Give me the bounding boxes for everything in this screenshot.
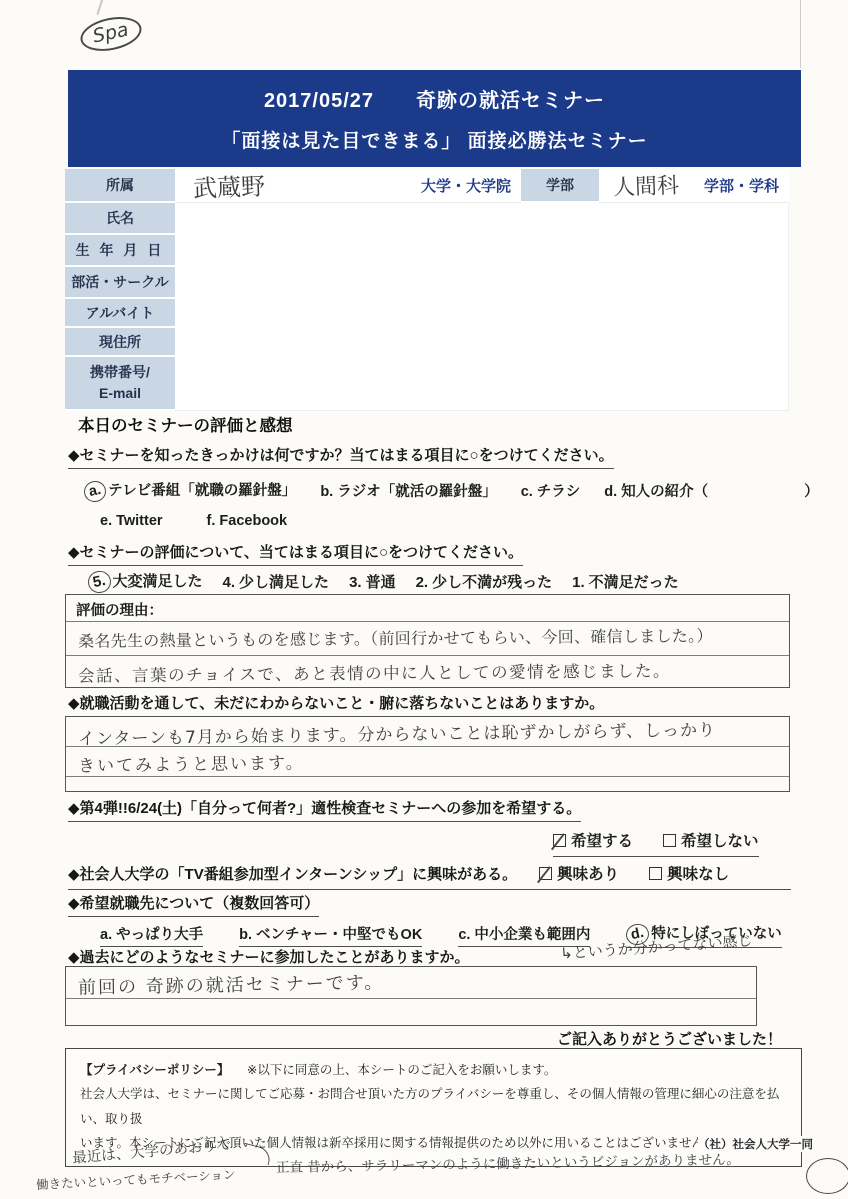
rating-2-label: 少し不満が残った xyxy=(432,574,552,591)
q-next-seminar-heading: ◆第4弾!!6/24(土)「自分って何者?」適性検査セミナーへの参加を希望する。 xyxy=(68,797,581,822)
reason-label-row: 評価の理由： xyxy=(66,595,789,622)
option-f-key: f. xyxy=(207,513,216,529)
internship-yes: 興味あり xyxy=(539,862,619,884)
affiliation-label: 所属 xyxy=(65,169,175,203)
past-empty-row xyxy=(66,999,756,1025)
rating-5: 5.大変満足した xyxy=(88,570,203,593)
past-answer-row: 前回の 奇跡の就活セミナーです。 xyxy=(66,967,756,999)
option-c-label: チラシ xyxy=(537,484,581,500)
footer-handwritten-note2: 働きたいといってもモチベーション xyxy=(36,1165,236,1193)
option-b-key: b. xyxy=(320,484,333,500)
rating-5-label: 大変満足した xyxy=(113,573,203,590)
employer-b: b.ベンチャー・中堅でもOK xyxy=(239,923,422,947)
option-d-key: d. xyxy=(604,484,617,500)
option-f-label: Facebook xyxy=(219,513,287,529)
q-internship-heading: ◆社会人大学の「TV番組参加型インターンシップ」に興味がある。 xyxy=(68,863,517,884)
q-rating-options: 5.大変満足した 4.少し満足した 3.普通 2.少し不満が残った 1.不満足だ… xyxy=(88,570,679,593)
internship-no-label: 興味なし xyxy=(667,866,729,883)
unclear-line1-row: インターンも7月から始まります。分からないことは恥ずかしがらず、しっかり xyxy=(66,717,789,747)
privacy-body-line1: 社会人大学は、セミナーに関してご応募・お問合せ頂いた方のプライバシーを尊重し、そ… xyxy=(80,1082,787,1131)
info-table-blank-area xyxy=(175,203,789,411)
scan-edge-tick xyxy=(96,0,103,15)
reason-handwritten-line1: 桑名先生の熱量というものを感じます。（前回行かせてもらい、今回、確信しました。） xyxy=(78,623,713,652)
option-d: d.知人の紹介（ xyxy=(604,480,708,501)
school-handwritten-value: 武蔵野 xyxy=(174,166,265,204)
past-answer-box: 前回の 奇跡の就活セミナーです。 xyxy=(65,966,757,1026)
phone-email-label: 携帯番号/ E-mail xyxy=(65,357,175,411)
q-source-options-row1: a.テレビ番組「就職の羅針盤」 b.ラジオ「就活の羅針盤」 c.チラシ d.知人… xyxy=(84,479,819,502)
checked-checkbox-icon xyxy=(553,834,566,847)
circled-answer-mark: a. xyxy=(82,479,108,504)
employer-a-label: やっぱり大手 xyxy=(116,927,203,943)
rating-reason-box: 評価の理由： 桑名先生の熱量というものを感じます。（前回行かせてもらい、今回、確… xyxy=(65,594,790,688)
q-unclear-heading: ◆就職活動を通して、未だにわからないこと・腑に落ちないことはありますか。 xyxy=(68,692,604,713)
option-d-paren-close: ） xyxy=(804,480,819,501)
phone-label-line1: 携帯番号/ xyxy=(90,362,150,383)
option-e-key: e. xyxy=(100,513,112,529)
option-b-label: ラジオ「就活の羅針盤」 xyxy=(337,484,497,500)
rating-4-key: 4. xyxy=(223,574,236,591)
unchecked-checkbox-icon xyxy=(663,834,676,847)
faculty-handwritten-value: 人間科 xyxy=(598,169,679,203)
school-suffix-label: 大学・大学院 xyxy=(421,175,521,196)
next-seminar-yes: 希望する xyxy=(553,829,633,851)
next-seminar-yes-label: 希望する xyxy=(571,833,633,850)
name-label: 氏名 xyxy=(65,203,175,235)
option-e-label: Twitter xyxy=(116,513,162,529)
circled-rating-mark: 5. xyxy=(86,569,113,595)
privacy-title-line: 【プライバシーポリシー】 ※以下に同意の上、本シートのご記入をお願いします。 xyxy=(80,1058,787,1082)
option-e: e.Twitter xyxy=(100,513,163,529)
q-source-heading: ◆セミナーを知ったきっかけは何ですか？当てはまる項目に○をつけてください。 xyxy=(68,444,614,469)
past-handwritten-answer: 前回の 奇跡の就活セミナーです。 xyxy=(78,968,385,999)
rating-1-key: 1. xyxy=(572,574,585,591)
scanned-survey-sheet: Spa 2017/05/27 奇跡の就活セミナー 「面接は見た目できまる」 面接… xyxy=(0,0,848,1199)
school-field: 武蔵野 大学・大学院 xyxy=(175,169,521,203)
seminar-header-banner: 2017/05/27 奇跡の就活セミナー 「面接は見た目できまる」 面接必勝法セ… xyxy=(68,70,801,167)
q-rating-heading: ◆セミナーの評価について、当てはまる項目に○をつけてください。 xyxy=(68,541,523,566)
rating-2: 2.少し不満が残った xyxy=(416,571,553,592)
unclear-answer-box: インターンも7月から始まります。分からないことは恥ずかしがらず、しっかり きいて… xyxy=(65,716,790,792)
internship-no: 興味なし xyxy=(649,862,729,884)
privacy-title: 【プライバシーポリシー】 xyxy=(80,1063,229,1077)
option-f: f.Facebook xyxy=(207,513,288,529)
employer-c-key: c. xyxy=(458,927,470,943)
employer-b-key: b. xyxy=(239,927,252,943)
employer-b-label: ベンチャー・中堅でもOK xyxy=(256,927,422,943)
handwritten-stamp: Spa xyxy=(77,12,144,56)
rating-4: 4.少し満足した xyxy=(223,571,330,592)
faculty-field: 人間科 学部・学科 xyxy=(599,169,789,203)
unchecked-checkbox-icon xyxy=(649,867,662,880)
employer-a: a.やっぱり大手 xyxy=(100,923,203,947)
reason-line1-row: 桑名先生の熱量というものを感じます。（前回行かせてもらい、今回、確信しました。） xyxy=(66,622,789,656)
hand-drawn-circle xyxy=(806,1158,848,1194)
reason-label: 評価の理由： xyxy=(66,595,789,620)
employer-a-key: a. xyxy=(100,927,112,943)
internship-yes-label: 興味あり xyxy=(557,866,619,883)
phone-label-line2: E-mail xyxy=(99,383,141,404)
info-table-label-column: 氏名 生 年 月 日 部活・サークル アルバイト 現住所 携帯番号/ E-mai… xyxy=(65,203,175,411)
option-a: a.テレビ番組「就職の羅針盤」 xyxy=(84,479,296,502)
rating-3-key: 3. xyxy=(349,574,362,591)
option-c: c.チラシ xyxy=(521,480,581,501)
option-b: b.ラジオ「就活の羅針盤」 xyxy=(320,480,496,501)
attendee-info-table: 所属 武蔵野 大学・大学院 学部 人間科 学部・学科 氏名 生 年 月 日 部活… xyxy=(65,169,789,411)
unclear-empty-row xyxy=(66,777,789,791)
privacy-note: ※以下に同意の上、本シートのご記入をお願いします。 xyxy=(247,1063,556,1077)
option-c-key: c. xyxy=(521,484,533,500)
section-title: 本日のセミナーの評価と感想 xyxy=(78,412,293,436)
checked-checkbox-icon xyxy=(539,867,552,880)
q-internship-row: ◆社会人大学の「TV番組参加型インターンシップ」に興味がある。 興味あり 興味な… xyxy=(68,862,791,890)
next-seminar-choice-row: 希望する 希望しない xyxy=(553,829,759,857)
address-label: 現住所 xyxy=(65,328,175,357)
faculty-suffix-label: 学部・学科 xyxy=(704,175,789,196)
reason-line2-row: 会話、言葉のチョイスで、あと表情の中に人としての愛情を感じました。 xyxy=(66,656,789,687)
club-label: 部活・サークル xyxy=(65,267,175,299)
q-past-heading: ◆過去にどのようなセミナーに参加したことがありますか。 xyxy=(68,946,470,967)
seminar-subtitle: 「面接は見た目できまる」 面接必勝法セミナー xyxy=(68,126,801,153)
q-source-options-row2: e.Twitter f.Facebook xyxy=(100,513,287,529)
q-employer-heading: ◆希望就職先について（複数回答可） xyxy=(68,892,319,917)
next-seminar-no-label: 希望しない xyxy=(681,833,759,850)
next-seminar-no: 希望しない xyxy=(663,829,759,851)
seminar-date-title: 2017/05/27 奇跡の就活セミナー xyxy=(68,84,801,113)
reason-handwritten-line2: 会話、言葉のチョイスで、あと表情の中に人としての愛情を感じました。 xyxy=(78,657,671,686)
option-a-label: テレビ番組「就職の羅針盤」 xyxy=(108,483,296,499)
employer-c-label: 中小企業も範囲内 xyxy=(474,927,590,943)
option-d-label: 知人の紹介（ xyxy=(621,484,708,500)
unclear-handwritten-line2: きいてみようと思います。 xyxy=(78,748,305,776)
rating-3-label: 普通 xyxy=(366,574,396,591)
rating-3: 3.普通 xyxy=(349,571,396,592)
scan-edge-line xyxy=(800,0,801,68)
rating-2-key: 2. xyxy=(416,574,429,591)
info-table-body: 氏名 生 年 月 日 部活・サークル アルバイト 現住所 携帯番号/ E-mai… xyxy=(65,203,789,411)
rating-1-label: 不満足だった xyxy=(589,574,679,591)
unclear-handwritten-line1: インターンも7月から始まります。分からないことは恥ずかしがらず、しっかり xyxy=(78,716,716,750)
parttime-label: アルバイト xyxy=(65,299,175,328)
unclear-line2-row: きいてみようと思います。 xyxy=(66,747,789,777)
birthdate-label: 生 年 月 日 xyxy=(65,235,175,267)
affiliation-row: 所属 武蔵野 大学・大学院 学部 人間科 学部・学科 xyxy=(65,169,789,203)
rating-4-label: 少し満足した xyxy=(239,574,329,591)
faculty-label: 学部 xyxy=(521,169,599,203)
rating-1: 1.不満足だった xyxy=(572,571,679,592)
